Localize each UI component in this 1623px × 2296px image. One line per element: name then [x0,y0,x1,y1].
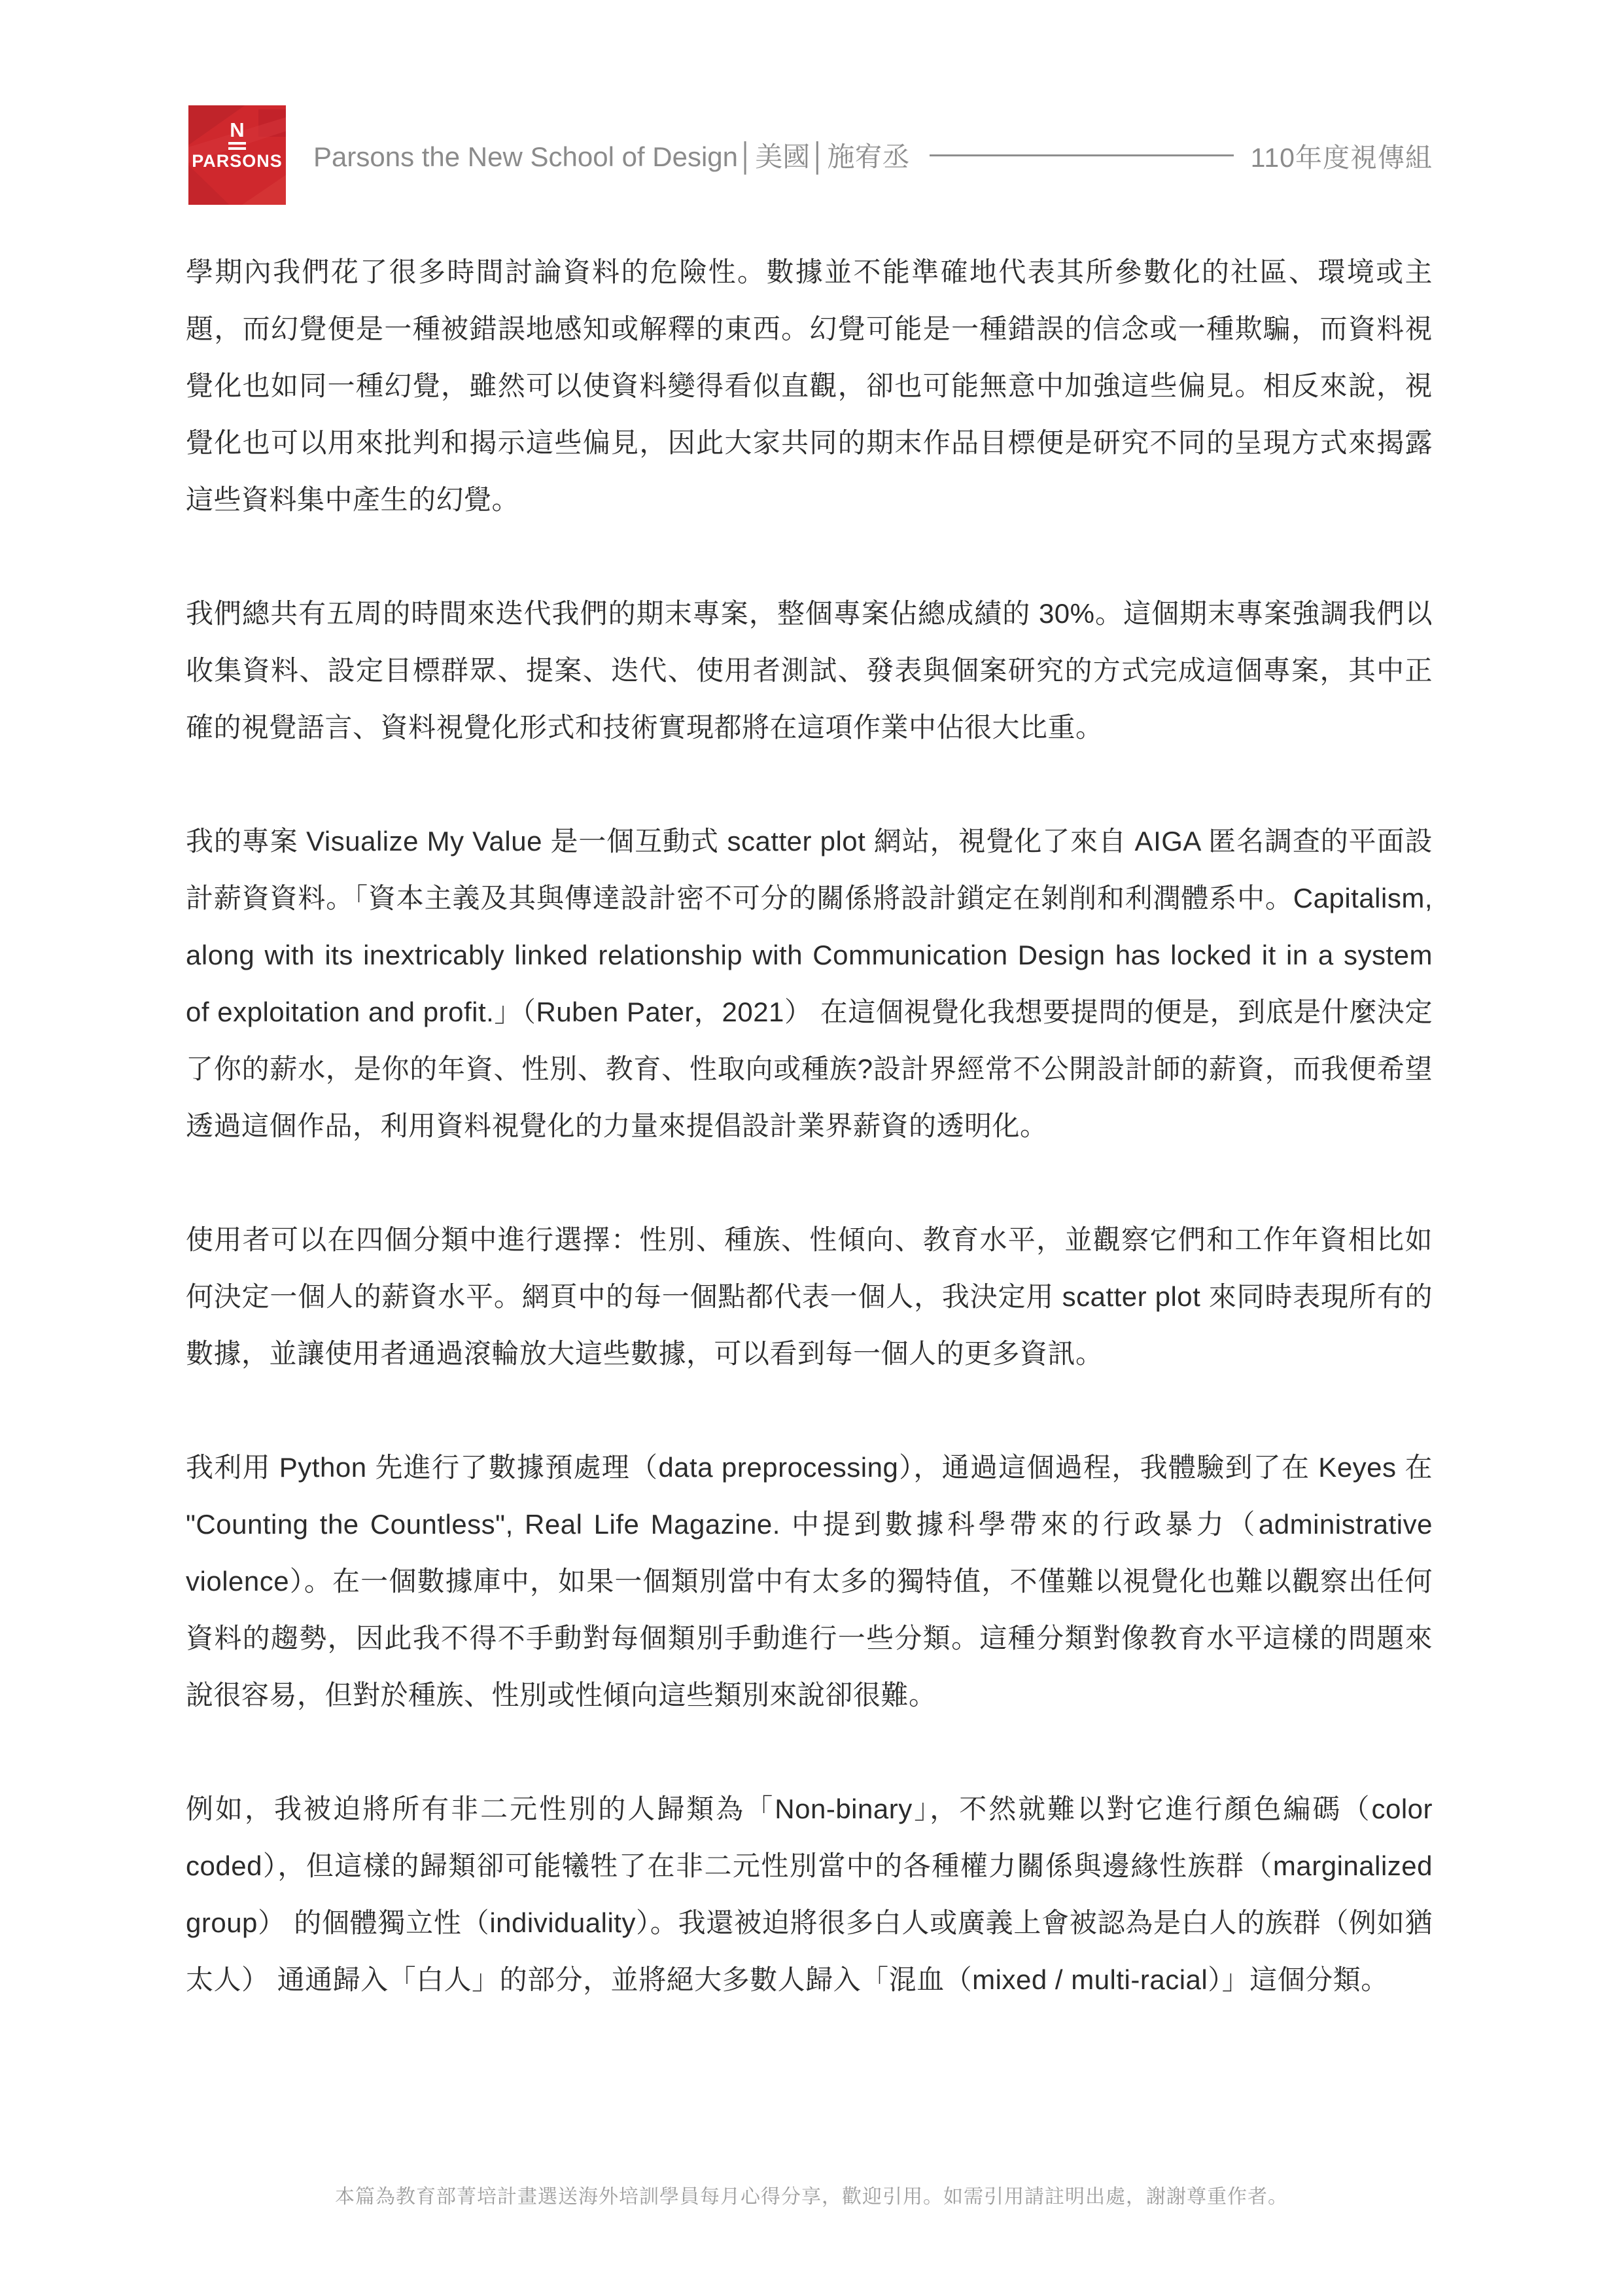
report-page: { "header": { "logo": { "monogram": "N",… [0,0,1623,2296]
body-paragraph: 學期內我們花了很多時間討論資料的危險性。數據並不能準確地代表其所參數化的社區、環… [186,243,1433,528]
header-title: Parsons the New School of Design│美國│施宥丞 [313,135,910,175]
header-year-group-label: 110年度視傳組 [1251,136,1433,175]
body-paragraph: 我利用 Python 先進行了數據預處理（data preprocessing）… [186,1439,1433,1723]
body-paragraph: 我們總共有五周的時間來迭代我們的期末專案，整個專案佔總成績的 30%。這個期末專… [186,585,1433,756]
page-header: N PARSONS Parsons the New School of Desi… [188,105,1433,205]
header-divider-line [930,154,1234,156]
body-paragraph: 例如，我被迫將所有非二元性別的人歸類為「Non-binary」，不然就難以對它進… [186,1780,1433,2008]
footer-note: 本篇為教育部菁培計畫選送海外培訓學員每月心得分享，歡迎引用。如需引用請註明出處，… [0,2184,1623,2210]
monogram-underline-bar [228,142,246,145]
monogram-underline-bar [228,147,246,150]
body-paragraph: 我的專案 Visualize My Value 是一個互動式 scatter p… [186,813,1433,1154]
body-paragraph: 使用者可以在四個分類中進行選擇：性別、種族、性傾向、教育水平，並觀察它們和工作年… [186,1211,1433,1382]
parsons-logo: N PARSONS [188,105,286,205]
parsons-wordmark: PARSONS [188,152,286,170]
new-school-n-monogram: N [188,120,286,140]
report-body: 學期內我們花了很多時間討論資料的危險性。數據並不能準確地代表其所參數化的社區、環… [186,243,1433,2008]
